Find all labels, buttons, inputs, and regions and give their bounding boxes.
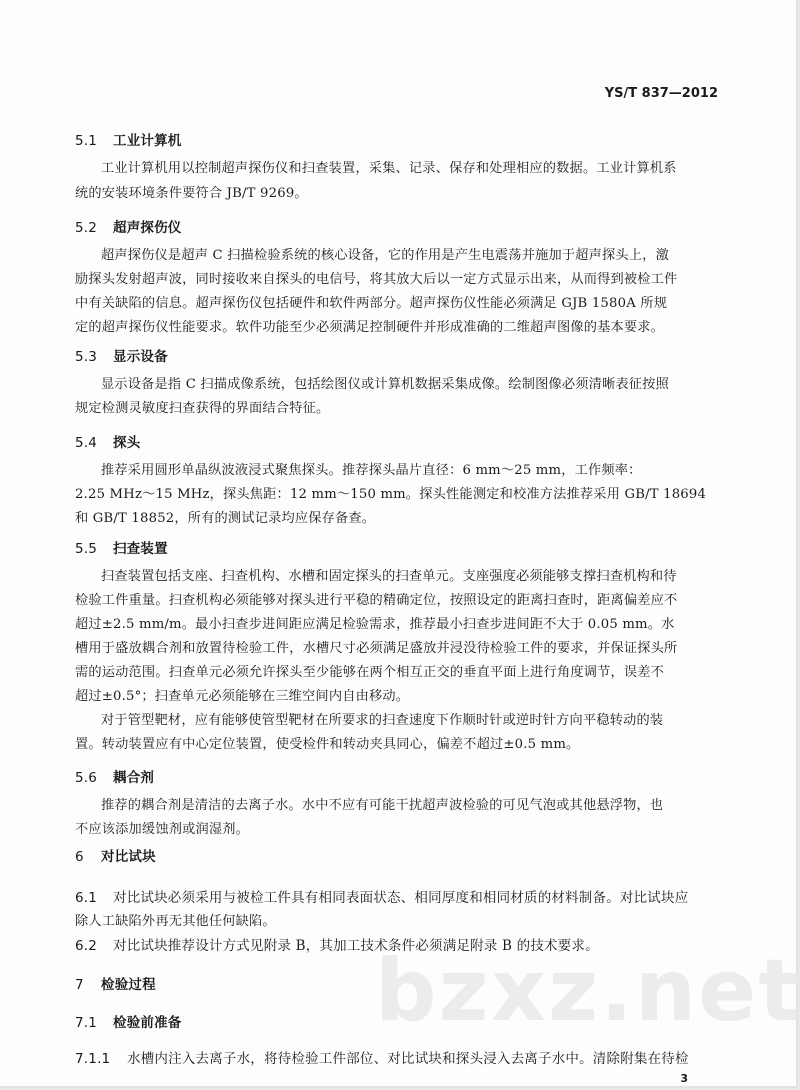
clause-6-1-line: 6.1对比试块必须采用与被检工件具有相同表面状态、相同厚度和相同材质的材料制备。…: [75, 889, 688, 907]
watermark: bzxz.net: [375, 948, 800, 1034]
paragraph-line: 超过±0.5°；扫查单元必须能够在三维空间内自由移动。: [75, 688, 409, 706]
paragraph-line: 超过±2.5 mm/m。最小扫查步进间距应满足检验需求，推荐最小扫查步进间距不大…: [75, 616, 675, 634]
paragraph-line: 统的安装环境条件要符合 JB/T 9269。: [75, 185, 308, 203]
paragraph-line: 置。转动装置应有中心定位装置，使受检件和转动夹具同心，偏差不超过±0.5 mm。: [75, 736, 579, 754]
section-heading-5-4: 5.4探头: [75, 434, 140, 452]
standard-code-header: YS/T 837—2012: [605, 86, 718, 101]
paragraph-line: 规定检测灵敏度扫查获得的界面结合特征。: [75, 400, 329, 418]
paragraph-line: 检验工件重量。扫查机构必须能够对探头进行平稳的精确定位，按照设定的距离扫查时，距…: [75, 592, 677, 610]
paragraph-line: 需的运动范围。扫查单元必须允许探头至少能够在两个相互正交的垂直平面上进行角度调节…: [75, 664, 664, 682]
paragraph-line: 槽用于盛放耦合剂和放置待检验工件，水槽尺寸必须满足盛放并浸没待检验工件的要求，并…: [75, 640, 677, 658]
section-heading-5-5: 5.5扫查装置: [75, 540, 168, 558]
paragraph-line: 超声探伤仪是超声 C 扫描检验系统的核心设备，它的作用是产生电震荡并施加于超声探…: [101, 247, 669, 265]
paragraph-line: 推荐采用圆形单晶纵波液浸式聚焦探头。推荐探头晶片直径：6 mm～25 mm，工作…: [101, 462, 642, 480]
section-heading-5-6: 5.6耦合剂: [75, 769, 154, 787]
paragraph-line: 中有关缺陷的信息。超声探伤仪包括硬件和软件两部分。超声探伤仪性能必须满足 GJB…: [75, 295, 667, 313]
paragraph-line: 工业计算机用以控制超声探伤仪和扫查装置，采集、记录、保存和处理相应的数据。工业计…: [101, 160, 677, 178]
paragraph-line: 对于管型靶材，应有能够使管型靶材在所要求的扫查速度下作顺时针或逆时针方向平稳转动…: [101, 712, 663, 730]
paragraph-line: 和 GB/T 18852，所有的测试记录均应保存备查。: [75, 510, 375, 528]
clause-7-1-1-line: 7.1.1水槽内注入去离子水，将待检验工件部位、对比试块和探头浸入去离子水中。清…: [75, 1050, 689, 1068]
paragraph-line: 除人工缺陷外再无其他任何缺陷。: [75, 913, 276, 931]
chapter-heading-6: 6对比试块: [75, 848, 156, 866]
clause-6-2-line: 6.2对比试块推荐设计方式见附录 B，其加工技术条件必须满足附录 B 的技术要求…: [75, 937, 599, 955]
chapter-heading-7: 7检验过程: [75, 976, 156, 994]
paragraph-line: 定的超声探伤仪性能要求。软件功能至少必须满足控制硬件并形成准确的二维超声图像的基…: [75, 319, 664, 337]
paragraph-line: 2.25 MHz～15 MHz，探头焦距：12 mm～150 mm。探头性能测定…: [75, 486, 706, 504]
paragraph-line: 不应该添加缓蚀剂或润湿剂。: [75, 821, 249, 839]
paragraph-line: 显示设备是指 C 扫描成像系统，包括绘图仪或计算机数据采集成像。绘制图像必须清晰…: [101, 376, 669, 394]
document-page: YS/T 837—2012 bzxz.net 5.1工业计算机 工业计算机用以控…: [0, 0, 798, 1088]
paragraph-line: 励探头发射超声波，同时接收来自探头的电信号，将其放大后以一定方式显示出来，从而得…: [75, 271, 677, 289]
section-heading-7-1: 7.1检验前准备: [75, 1014, 182, 1032]
paragraph-line: 推荐的耦合剂是清洁的去离子水。水中不应有可能干扰超声波检验的可见气泡或其他悬浮物…: [101, 797, 663, 815]
section-heading-5-3: 5.3显示设备: [75, 348, 168, 366]
section-heading-5-1: 5.1工业计算机: [75, 132, 182, 150]
page-number: 3: [680, 1072, 688, 1085]
section-heading-5-2: 5.2超声探伤仪: [75, 219, 182, 237]
paragraph-line: 扫查装置包括支座、扫查机构、水槽和固定探头的扫查单元。支座强度必须能够支撑扫查机…: [101, 568, 677, 586]
